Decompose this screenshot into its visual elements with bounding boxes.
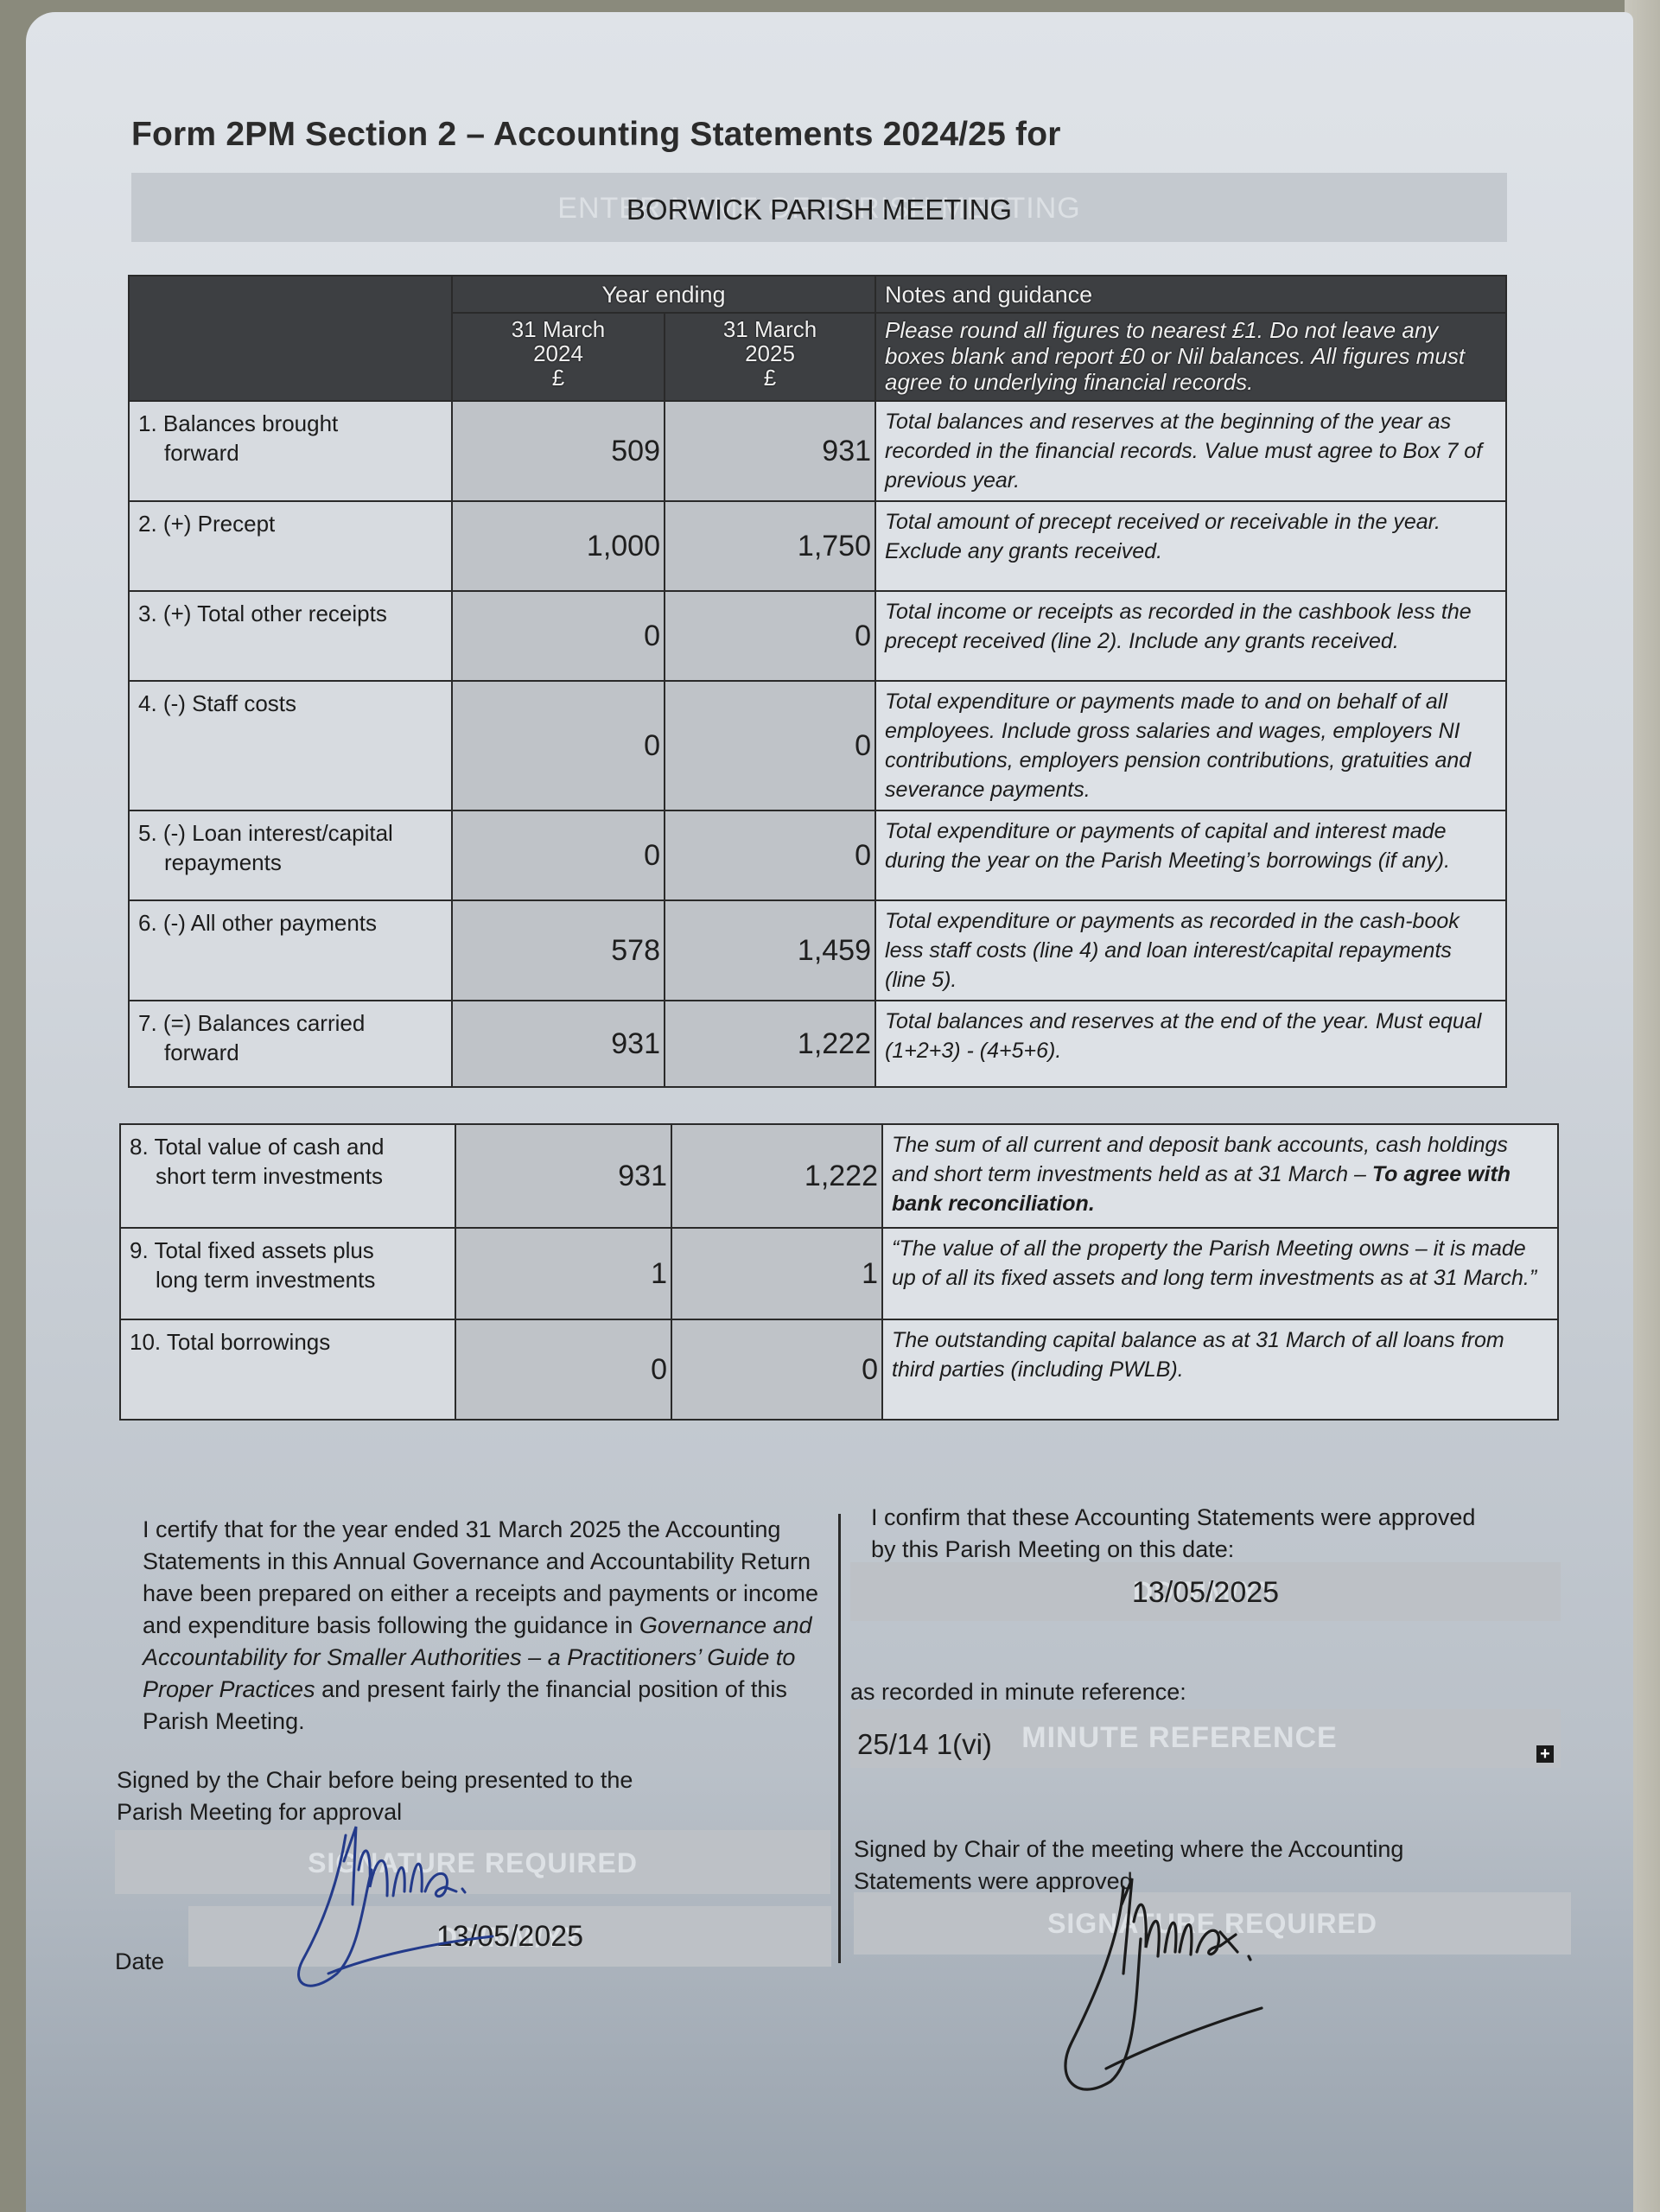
row-guidance-note: Total expenditure or payments of capital… [875, 810, 1506, 900]
chair-signature-field[interactable]: SIGNATURE REQUIRED [115, 1830, 830, 1894]
chair-signed-label: Signed by the Chair before being present… [117, 1764, 670, 1828]
row-label: 3. (+) Total other receipts [129, 591, 452, 681]
row-guidance-note: The outstanding capital balance as at 31… [882, 1319, 1558, 1420]
row-guidance-note: Total expenditure or payments as recorde… [875, 900, 1506, 1001]
table-row: 2. (+) Precept1,0001,750Total amount of … [129, 501, 1506, 591]
value-2024-field[interactable]: 0 [452, 591, 665, 681]
row-label: 8. Total value of cash andshort term inv… [120, 1124, 455, 1228]
row-label: 2. (+) Precept [129, 501, 452, 591]
value-2025-field[interactable]: 1 [671, 1228, 882, 1319]
authority-name-value: BORWICK PARISH MEETING [131, 194, 1507, 226]
value-2024-field[interactable]: 1 [455, 1228, 671, 1319]
row-label: 4. (-) Staff costs [129, 681, 452, 810]
table-row: 6. (-) All other payments5781,459Total e… [129, 900, 1506, 1001]
notes-heading: Notes and guidance [875, 276, 1506, 313]
page-title: Form 2PM Section 2 – Accounting Statemen… [131, 116, 1061, 154]
row-label: 10. Total borrowings [120, 1319, 455, 1420]
table-row: 5. (-) Loan interest/capitalrepayments00… [129, 810, 1506, 900]
row-guidance-note: Total income or receipts as recorded in … [875, 591, 1506, 681]
plus-icon[interactable]: + [1536, 1745, 1554, 1763]
value-2024-field[interactable]: 509 [452, 401, 665, 501]
table-row: 10. Total borrowings00The outstanding ca… [120, 1319, 1558, 1420]
row-label: 7. (=) Balances carriedforward [129, 1001, 452, 1087]
value-2025-field[interactable]: 1,222 [671, 1124, 882, 1228]
row-guidance-note: Total amount of precept received or rece… [875, 501, 1506, 591]
header-blank-cell [129, 276, 452, 401]
form-page: Form 2PM Section 2 – Accounting Statemen… [26, 12, 1633, 2212]
value-2024-field[interactable]: 931 [452, 1001, 665, 1087]
value-2025-field[interactable]: 1,750 [665, 501, 875, 591]
signature-placeholder: SIGNATURE REQUIRED [115, 1847, 830, 1879]
value-2025-field[interactable]: 1,459 [665, 900, 875, 1001]
row-label: 5. (-) Loan interest/capitalrepayments [129, 810, 452, 900]
value-2024-field[interactable]: 931 [455, 1124, 671, 1228]
value-2025-field[interactable]: 0 [671, 1319, 882, 1420]
approval-signed-label: Signed by Chair of the meeting where the… [854, 1834, 1459, 1897]
row-label: 6. (-) All other payments [129, 900, 452, 1001]
approval-signature-placeholder: SIGNATURE REQUIRED [854, 1908, 1571, 1940]
value-2025-field[interactable]: 931 [665, 401, 875, 501]
table-row: 1. Balances broughtforward509931Total ba… [129, 401, 1506, 501]
value-2025-field[interactable]: 0 [665, 591, 875, 681]
chair-date-field[interactable]: DD/MM/YY 13/05/2025 [188, 1906, 831, 1967]
value-2024-field[interactable]: 0 [452, 681, 665, 810]
value-2024-field[interactable]: 578 [452, 900, 665, 1001]
row-guidance-note: The sum of all current and deposit bank … [882, 1124, 1558, 1228]
minute-reference-field[interactable]: MINUTE REFERENCE 25/14 1(vi) + [850, 1709, 1561, 1768]
value-2025-field[interactable]: 1,222 [665, 1001, 875, 1087]
minute-reference-value: 25/14 1(vi) [857, 1728, 992, 1761]
row-label: 9. Total fixed assets pluslong term inve… [120, 1228, 455, 1319]
minute-reference-label: as recorded in minute reference: [850, 1676, 1186, 1708]
accounting-statements-table: Year ending Notes and guidance 31 March … [128, 275, 1507, 1088]
chair-date-value: 13/05/2025 [188, 1920, 831, 1954]
table-row: 3. (+) Total other receipts00Total incom… [129, 591, 1506, 681]
approval-signature-field[interactable]: SIGNATURE REQUIRED [854, 1892, 1571, 1955]
balances-table: 8. Total value of cash andshort term inv… [119, 1123, 1559, 1421]
row-guidance-note: “The value of all the property the Paris… [882, 1228, 1558, 1319]
certification-statement: I certify that for the year ended 31 Mar… [143, 1514, 851, 1738]
table-row: 9. Total fixed assets pluslong term inve… [120, 1228, 1558, 1319]
value-2024-field[interactable]: 1,000 [452, 501, 665, 591]
value-2024-field[interactable]: 0 [452, 810, 665, 900]
row-guidance-note: Total balances and reserves at the end o… [875, 1001, 1506, 1087]
column-2025-heading: 31 March 2025 £ [665, 313, 875, 401]
value-2024-field[interactable]: 0 [455, 1319, 671, 1420]
row-label: 1. Balances broughtforward [129, 401, 452, 501]
row-guidance-note: Total expenditure or payments made to an… [875, 681, 1506, 810]
value-2025-field[interactable]: 0 [665, 681, 875, 810]
row-guidance-note: Total balances and reserves at the begin… [875, 401, 1506, 501]
value-2025-field[interactable]: 0 [665, 810, 875, 900]
table-row: 8. Total value of cash andshort term inv… [120, 1124, 1558, 1228]
table-row: 4. (-) Staff costs00Total expenditure or… [129, 681, 1506, 810]
approval-statement: I confirm that these Accounting Statemen… [871, 1502, 1476, 1566]
year-ending-heading: Year ending [452, 276, 875, 313]
approval-date-value: 13/05/2025 [850, 1576, 1561, 1610]
authority-name-field[interactable]: ENTER NAME OF PARISH MEETING BORWICK PAR… [131, 173, 1507, 242]
column-2024-heading: 31 March 2024 £ [452, 313, 665, 401]
approval-date-field[interactable]: DD/MM/YY 13/05/2025 [850, 1562, 1561, 1621]
date-label: Date [115, 1946, 164, 1978]
notes-guidance-text: Please round all figures to nearest £1. … [875, 313, 1506, 401]
table-row: 7. (=) Balances carriedforward9311,222To… [129, 1001, 1506, 1087]
